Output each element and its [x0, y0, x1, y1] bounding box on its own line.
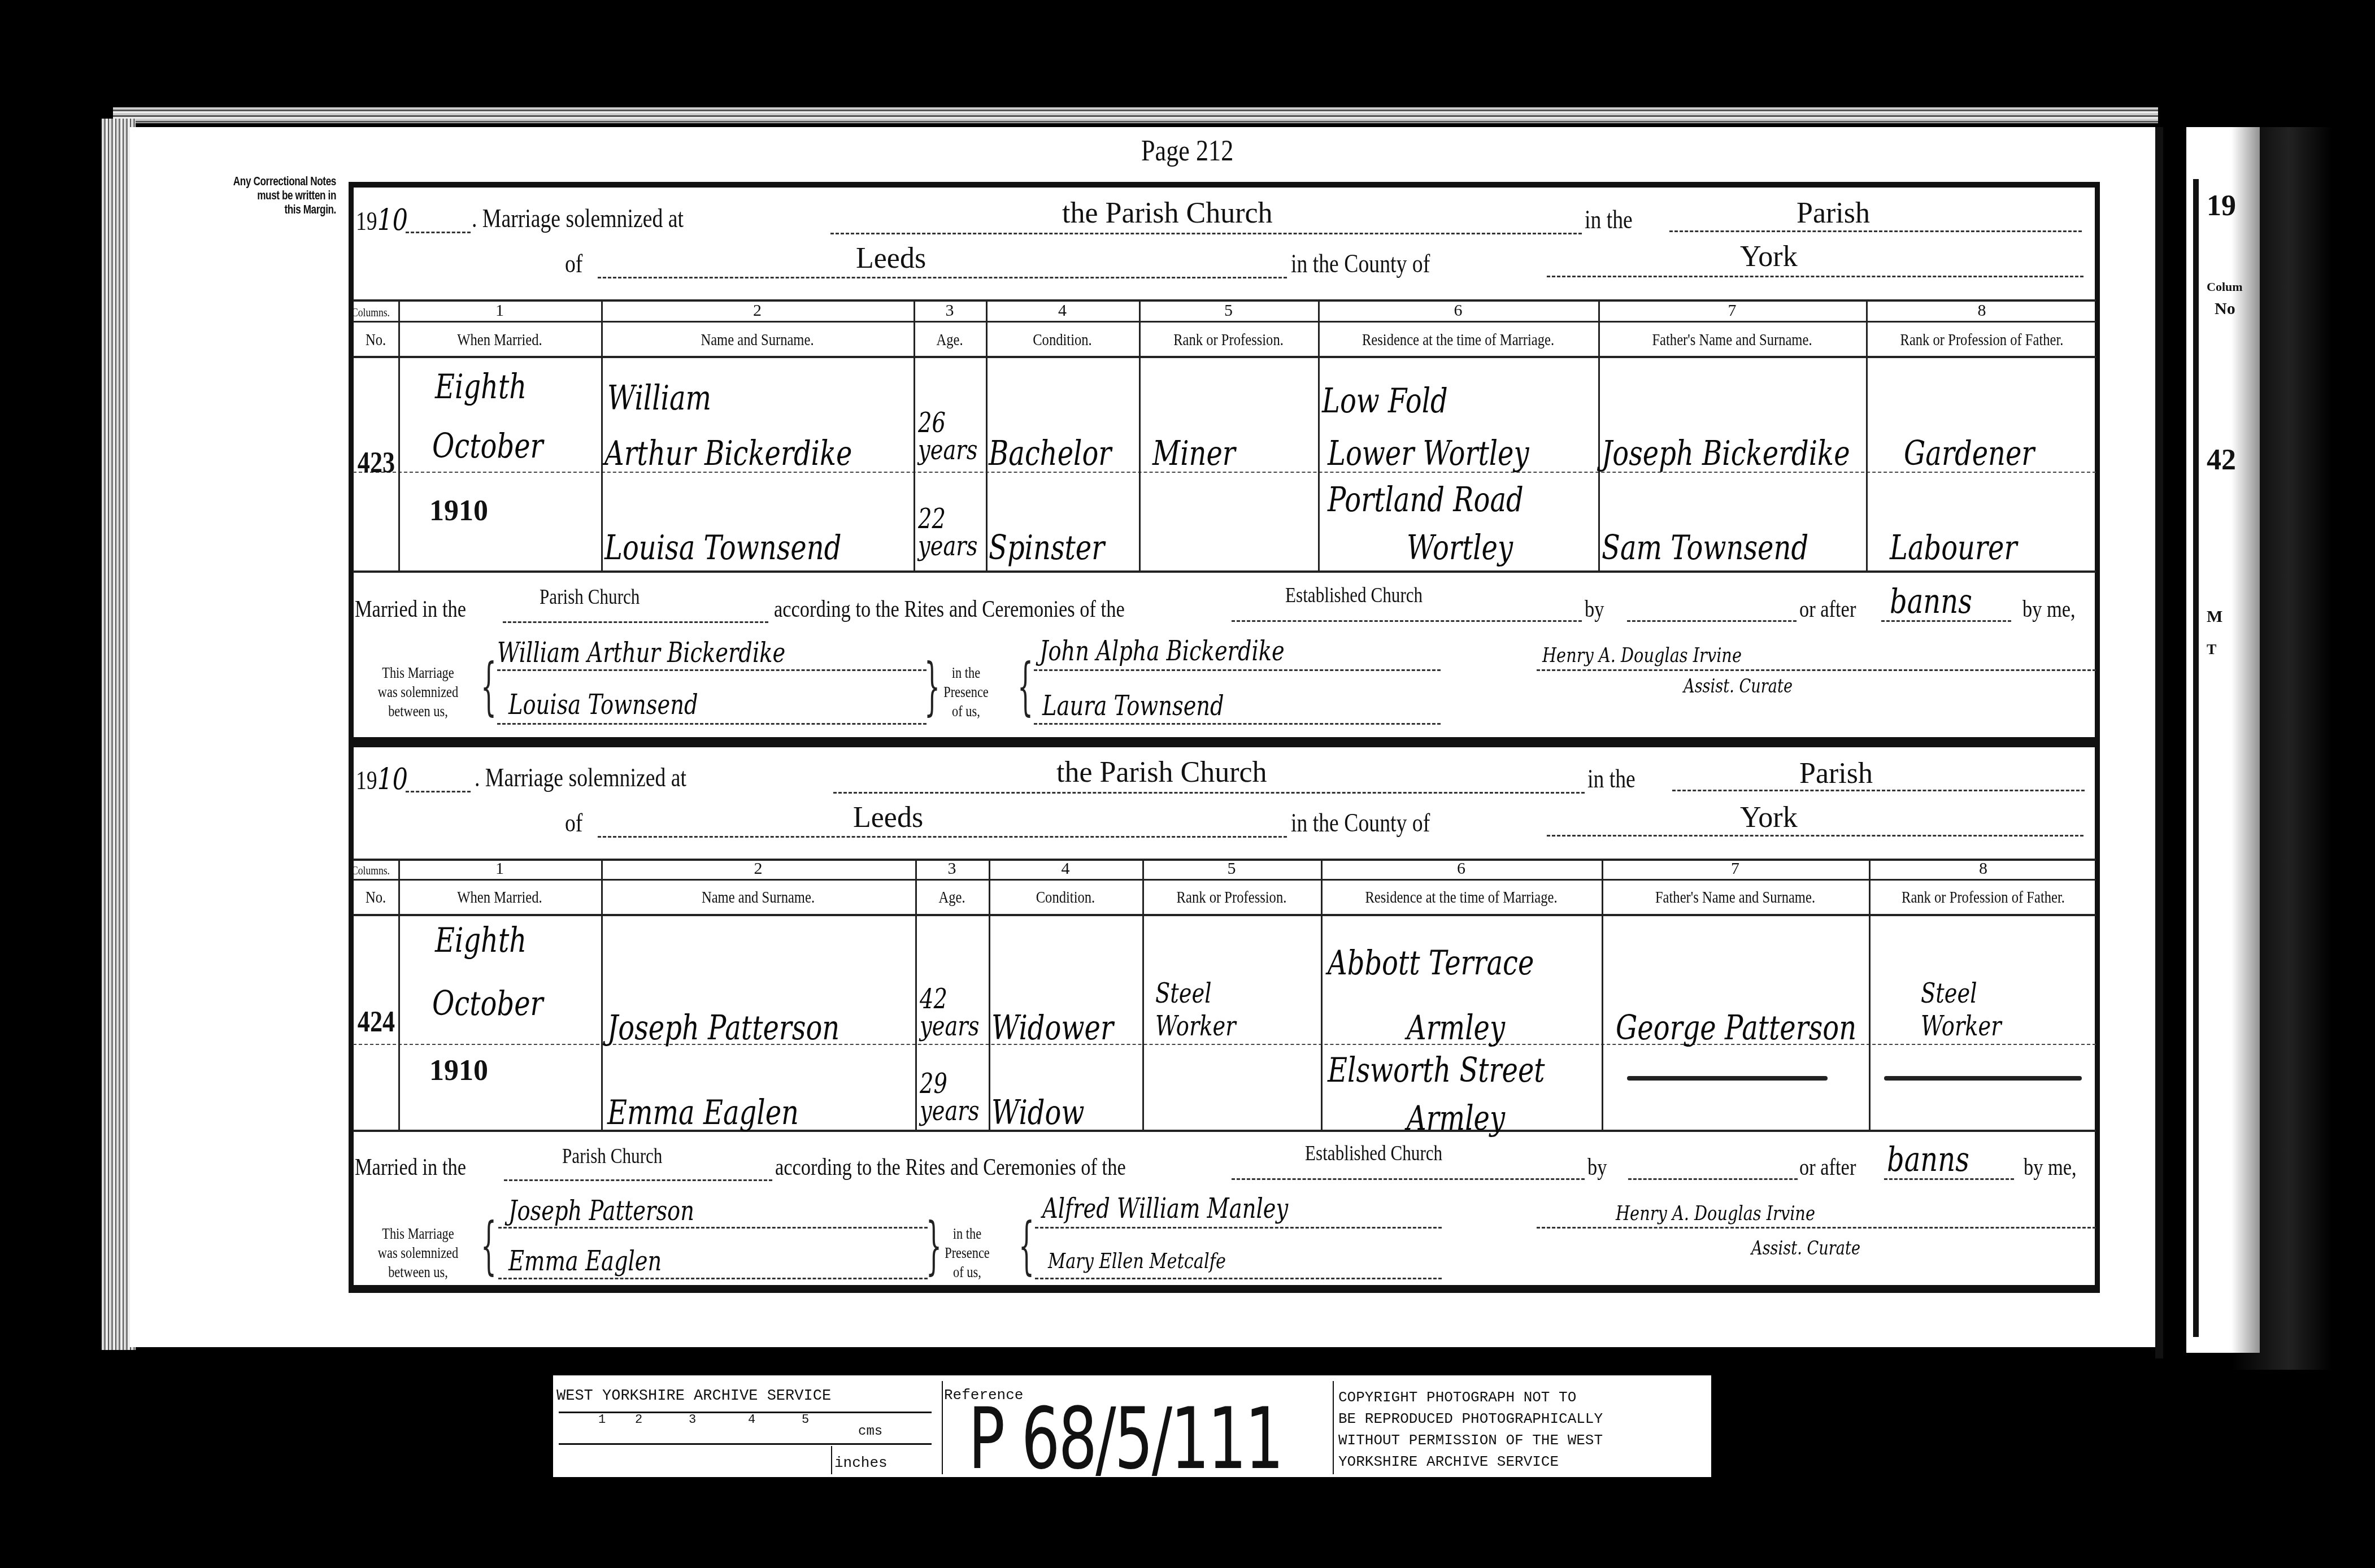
- bride-condition: Spinster: [989, 528, 1104, 568]
- col-label-no: No.: [357, 888, 394, 907]
- col-rule: [915, 860, 917, 1130]
- cm-tick: 3: [689, 1413, 696, 1427]
- cm-tick: 5: [802, 1413, 809, 1427]
- party-line: [497, 723, 926, 725]
- witness-1-signature: Alfred William Manley: [1042, 1193, 1288, 1225]
- col-num: 4: [989, 859, 1142, 878]
- rites-value: Established Church: [1305, 1141, 1442, 1166]
- groom-name: Joseph Patterson: [607, 1008, 839, 1048]
- witness-line: [1035, 1227, 1442, 1229]
- groom-father-profession: Gardener: [1904, 434, 2034, 473]
- year-line: [406, 791, 471, 792]
- col-label-condition: Condition.: [999, 330, 1125, 350]
- party-line: [497, 669, 926, 671]
- year-line: [406, 232, 471, 233]
- groom-father-profession: Steel Worker: [1921, 977, 2038, 1043]
- bride-signature: Emma Eaglen: [508, 1245, 662, 1277]
- bride-name: Louisa Townsend: [604, 528, 841, 568]
- col-num: 8: [1869, 859, 2098, 878]
- when-married-month: October: [432, 984, 543, 1023]
- entry-number: 424: [358, 1005, 395, 1039]
- col-label-no: No.: [357, 330, 394, 350]
- label-line: between us,: [359, 1263, 477, 1282]
- in-presence-label: in the Presence of us,: [931, 1225, 1003, 1282]
- this-marriage-label: This Marriage was solemnized between us,: [359, 1225, 477, 1282]
- scale-rule: [559, 1412, 932, 1413]
- year-suffix: 10: [377, 763, 408, 796]
- or-after-label: or after: [1799, 1154, 1856, 1181]
- facing-page-shadow: [2232, 127, 2375, 1370]
- witness-1-signature: John Alpha Bickerdike: [1039, 635, 1285, 667]
- groom-condition: Bachelor: [989, 434, 1111, 473]
- county-label: in the County of: [1291, 249, 1430, 278]
- col-num: 8: [1866, 301, 2098, 320]
- of-place-line: [598, 836, 1287, 838]
- column-number-rule: [353, 321, 2096, 323]
- witness-2-signature: Mary Ellen Metcalfe: [1048, 1248, 1226, 1273]
- marriage-solemnized-at-label: . Marriage solemnized at: [475, 763, 686, 792]
- label-line: was solemnized: [359, 1244, 477, 1263]
- archive-service-name: WEST YORKSHIRE ARCHIVE SERVICE: [556, 1388, 831, 1405]
- brace-icon: {: [481, 655, 497, 717]
- col-rule: [1866, 300, 1868, 570]
- marriage-solemnized-at-label: . Marriage solemnized at: [472, 203, 684, 233]
- by-label: by: [1587, 1154, 1607, 1181]
- year-prefix-text: 19: [356, 766, 377, 795]
- rites-label: according to the Rites and Ceremonies of…: [774, 596, 1125, 623]
- label-line: of us,: [930, 702, 1002, 721]
- witness-2-signature: Laura Townsend: [1042, 690, 1224, 722]
- col-num: 7: [1602, 859, 1869, 878]
- frame-bottom: [349, 1285, 2100, 1293]
- scale-rule: [559, 1443, 932, 1445]
- when-married-day: Eighth: [435, 367, 527, 407]
- banns-value: banns: [1890, 582, 1972, 621]
- groom-age: 26 years: [918, 410, 972, 464]
- officiant-title: Assist. Curate: [1751, 1237, 1860, 1260]
- year-prefix-text: 19: [356, 207, 377, 236]
- col-label-father-profession: Rank or Profession of Father.: [1889, 888, 2077, 907]
- licence-line: [1627, 620, 1797, 622]
- col-rule: [914, 300, 915, 570]
- brace-icon: {: [1017, 655, 1033, 717]
- column-header-rule: [353, 914, 2096, 916]
- groom-residence-line1: Low Fold: [1322, 381, 1448, 421]
- witness-line: [1035, 1278, 1442, 1279]
- margin-note-line: this Margin.: [219, 202, 336, 216]
- cm-unit: cms: [858, 1424, 882, 1439]
- col-num: 6: [1321, 859, 1602, 878]
- table-bottom-rule: [353, 570, 2096, 573]
- columns-label: Columns.: [351, 863, 390, 878]
- groom-father-name: George Patterson: [1616, 1008, 1856, 1048]
- married-in-label: Married in the: [355, 596, 466, 623]
- col-label-profession: Rank or Profession.: [1155, 330, 1302, 350]
- of-place-value: Leeds: [856, 242, 926, 275]
- county-line: [1547, 276, 2083, 277]
- margin-note-line: Any Correctional Notes: [219, 174, 336, 188]
- in-presence-label: in the Presence of us,: [930, 664, 1002, 721]
- groom-signature: William Arthur Bickerdike: [497, 637, 785, 669]
- groom-profession: Steel Worker: [1155, 977, 1282, 1043]
- col-num: 1: [398, 301, 601, 320]
- entry-separator: [349, 737, 2100, 747]
- bride-father-dash: [1627, 1076, 1828, 1081]
- place-value: the Parish Church: [1062, 197, 1273, 230]
- rites-line: [1232, 1178, 1585, 1180]
- col-label-father-name: Father's Name and Surname.: [1623, 330, 1842, 350]
- place-line: [833, 792, 1585, 794]
- col-rule: [398, 860, 400, 1130]
- place-line: [830, 233, 1582, 234]
- entry-number: 423: [358, 446, 395, 480]
- groom-signature: Joseph Patterson: [508, 1195, 694, 1227]
- bride-residence-line2: Armley: [1407, 1099, 1505, 1138]
- or-after-label: or after: [1799, 596, 1856, 623]
- col-label-when-married: When Married.: [416, 888, 582, 907]
- copyright-line: YORKSHIRE ARCHIVE SERVICE: [1338, 1451, 1603, 1473]
- district-line: [1669, 230, 2082, 232]
- year-prefix: 1910: [356, 203, 408, 237]
- margin-note-line: must be written in: [219, 188, 336, 202]
- officiant-title: Assist. Curate: [1684, 675, 1793, 698]
- col-label-age: Age.: [920, 330, 980, 350]
- col-rule: [1602, 860, 1603, 1130]
- col-num: 3: [915, 859, 989, 878]
- groom-age: 42 years: [920, 986, 974, 1040]
- officiant-line: [1537, 669, 2096, 671]
- place-value: the Parish Church: [1056, 756, 1267, 789]
- label-line: of us,: [931, 1263, 1003, 1282]
- reference-number: P 68/5/111: [968, 1397, 1282, 1482]
- scale-divider: [831, 1446, 832, 1474]
- label-line: in the: [931, 1225, 1003, 1244]
- label-line: Presence: [930, 683, 1002, 702]
- brace-icon: {: [1019, 1214, 1034, 1277]
- year-suffix: 10: [377, 203, 408, 237]
- rites-line: [1232, 620, 1582, 622]
- married-in-label: Married in the: [355, 1154, 466, 1181]
- col-rule: [1139, 300, 1141, 570]
- when-married-month: October: [432, 426, 543, 466]
- in-the-label: in the: [1585, 204, 1633, 234]
- copyright-line: WITHOUT PERMISSION OF THE WEST: [1338, 1430, 1603, 1451]
- bride-residence-line1: Elsworth Street: [1328, 1051, 1545, 1090]
- facing-t: T: [2207, 641, 2216, 658]
- brace-icon: {: [481, 1214, 497, 1277]
- licence-line: [1628, 1178, 1798, 1180]
- by-me-label: by me,: [2022, 596, 2076, 623]
- col-num: 2: [601, 859, 915, 878]
- label-divider: [1333, 1381, 1334, 1474]
- county-line: [1547, 835, 2083, 837]
- label-line: in the: [930, 664, 1002, 683]
- bride-age: 22 years: [918, 506, 972, 560]
- party-line: [498, 1227, 928, 1229]
- bride-age: 29 years: [920, 1070, 974, 1125]
- when-married-year: 1910: [429, 494, 488, 528]
- col-num: 6: [1318, 301, 1598, 320]
- inch-unit: inches: [834, 1454, 888, 1471]
- bride-name: Emma Eaglen: [607, 1093, 799, 1133]
- by-label: by: [1585, 596, 1604, 623]
- rites-value: Established Church: [1285, 583, 1423, 608]
- column-number-rule: [353, 879, 2096, 881]
- officiant-signature: Henry A. Douglas Irvine: [1616, 1202, 1815, 1225]
- married-in-value: Parish Church: [540, 585, 640, 609]
- of-label: of: [565, 249, 582, 278]
- when-married-day: Eighth: [435, 921, 527, 960]
- groom-profession: Miner: [1152, 434, 1236, 473]
- county-value: York: [1740, 801, 1798, 834]
- groom-residence-line1: Abbott Terrace: [1328, 943, 1534, 983]
- married-in-line: [503, 621, 768, 623]
- year-prefix: 1910: [356, 763, 408, 796]
- label-line: This Marriage: [359, 1225, 477, 1244]
- county-label: in the County of: [1291, 808, 1430, 838]
- archive-reference-label: WEST YORKSHIRE ARCHIVE SERVICE 1 2 3 4 5…: [553, 1375, 1711, 1477]
- label-line: This Marriage: [359, 664, 477, 683]
- county-value: York: [1740, 240, 1798, 273]
- col-num: 5: [1142, 859, 1321, 878]
- witness-line: [1034, 669, 1441, 671]
- col-rule: [1321, 860, 1323, 1130]
- col-label-when-married: When Married.: [416, 330, 582, 350]
- col-label-condition: Condition.: [1002, 888, 1128, 907]
- in-the-label: in the: [1587, 764, 1635, 794]
- rites-label: according to the Rites and Ceremonies of…: [775, 1154, 1126, 1181]
- col-num: 5: [1139, 301, 1318, 320]
- col-rule: [601, 860, 603, 1130]
- of-place-value: Leeds: [853, 801, 923, 834]
- col-label-residence: Residence at the time of Marriage.: [1346, 888, 1577, 907]
- this-marriage-label: This Marriage was solemnized between us,: [359, 664, 477, 721]
- col-rule: [1142, 860, 1144, 1130]
- groom-father-name: Joseph Bickerdike: [1602, 434, 1850, 473]
- label-line: between us,: [359, 702, 477, 721]
- col-label-name: Name and Surname.: [629, 888, 887, 907]
- cm-tick: 4: [748, 1413, 755, 1427]
- when-married-year: 1910: [429, 1054, 488, 1087]
- district-line: [1672, 790, 2085, 791]
- col-num: 7: [1598, 301, 1866, 320]
- of-place-line: [598, 277, 1287, 278]
- bride-condition: Widow: [991, 1093, 1085, 1133]
- district-type-value: Parish: [1797, 197, 1870, 230]
- col-rule: [986, 300, 988, 570]
- columns-label: Columns.: [351, 305, 390, 320]
- col-rule: [1318, 300, 1320, 570]
- label-line: Presence: [931, 1244, 1003, 1263]
- party-line: [498, 1278, 928, 1279]
- of-label: of: [565, 808, 582, 838]
- by-me-label: by me,: [2024, 1154, 2077, 1181]
- bride-father-profession-dash: [1884, 1076, 2082, 1081]
- groom-residence-line2: Armley: [1407, 1008, 1505, 1048]
- col-num: 1: [398, 859, 601, 878]
- married-in-line: [504, 1179, 772, 1181]
- bride-father-name: Sam Townsend: [1602, 528, 1808, 568]
- col-label-profession: Rank or Profession.: [1158, 888, 1304, 907]
- col-rule: [989, 860, 990, 1130]
- groom-condition: Widower: [991, 1008, 1113, 1048]
- bride-residence-line2: Wortley: [1407, 528, 1513, 568]
- book-gutter: [2155, 127, 2163, 1358]
- bride-residence-line1: Portland Road: [1328, 480, 1524, 520]
- facing-m: M: [2207, 607, 2222, 626]
- column-header-rule: [353, 356, 2096, 358]
- col-rule: [601, 300, 603, 570]
- copyright-line: BE REPRODUCED PHOTOGRAPHICALLY: [1338, 1408, 1603, 1430]
- groom-residence-line2: Lower Wortley: [1328, 434, 1529, 473]
- col-label-father-name: Father's Name and Surname.: [1626, 888, 1845, 907]
- col-rule: [398, 300, 400, 570]
- groom-name: Arthur Bickerdike: [604, 434, 852, 473]
- label-divider: [942, 1381, 943, 1474]
- district-type-value: Parish: [1799, 757, 1873, 790]
- label-line: was solemnized: [359, 683, 477, 702]
- copyright-line: COPYRIGHT PHOTOGRAPH NOT TO: [1338, 1387, 1603, 1408]
- bride-signature: Louisa Townsend: [508, 689, 698, 721]
- col-num: 3: [914, 301, 986, 320]
- col-label-father-profession: Rank or Profession of Father.: [1887, 330, 2077, 350]
- col-label-age: Age.: [922, 888, 982, 907]
- page-number: Page 212: [1141, 134, 1233, 168]
- col-rule: [1598, 300, 1600, 570]
- col-rule: [1869, 860, 1871, 1130]
- bride-father-profession: Labourer: [1890, 528, 2017, 568]
- book-page-edge-top: [113, 107, 2158, 123]
- col-label-name: Name and Surname.: [629, 330, 885, 350]
- facing-frame-border: [2193, 179, 2199, 1337]
- cm-tick: 2: [635, 1413, 642, 1427]
- cm-tick: 1: [598, 1413, 606, 1427]
- officiant-signature: Henry A. Douglas Irvine: [1542, 644, 1742, 667]
- col-num: 4: [986, 301, 1139, 320]
- married-in-value: Parish Church: [562, 1144, 662, 1169]
- correctional-notes-label: Any Correctional Notes must be written i…: [219, 174, 336, 216]
- copyright-notice: COPYRIGHT PHOTOGRAPH NOT TO BE REPRODUCE…: [1338, 1387, 1603, 1473]
- col-num: 2: [601, 301, 914, 320]
- col-label-residence: Residence at the time of Marriage.: [1343, 330, 1573, 350]
- groom-first-name: William: [607, 378, 711, 418]
- banns-value: banns: [1887, 1140, 1969, 1179]
- witness-line: [1034, 723, 1441, 725]
- officiant-line: [1537, 1227, 2096, 1229]
